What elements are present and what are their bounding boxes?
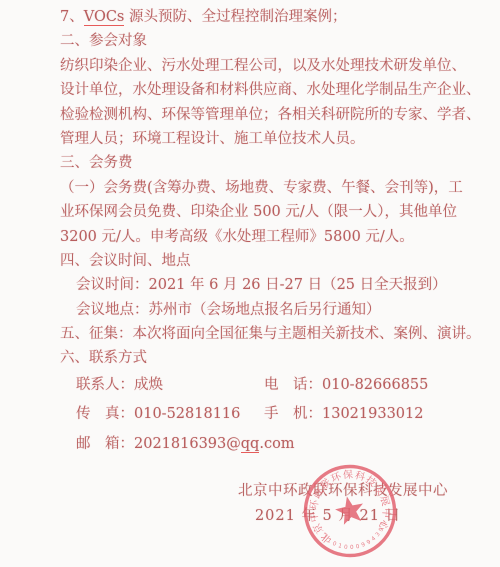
contact-row-1: 联系人：成焕 电 话：010-82666855 — [60, 371, 452, 401]
item7-text: 源头预防、全过程控制治理案例； — [124, 9, 346, 25]
section-heading-collect: 五、征集：本次将面向全国征集与主题相关新技术、案例、演讲。 — [60, 322, 452, 346]
contact-fax-number: 010-52818116 — [134, 406, 240, 422]
meeting-time-line: 会议时间：2021 年 6 月 26 日-27 日（25 日全天报到） — [60, 273, 452, 297]
contact-email-tld: .com — [259, 436, 294, 452]
contact-fax-label: 传 真： — [76, 406, 134, 422]
section-heading-fee: 三、会务费 — [60, 151, 452, 175]
attendees-line-3: 检验检测机构、环保等管理单位；各相关科研院所的专家、学者、 — [60, 103, 452, 127]
fee-line-1: （一）会务费(含筹办费、场地费、专家费、午餐、会刊等)，工 — [60, 176, 452, 200]
contact-mobile-number: 13021933012 — [322, 406, 423, 422]
contact-row-2: 传 真：010-52818116 手 机：13021933012 — [60, 400, 452, 430]
seal-star-icon — [333, 493, 367, 525]
contact-row-3: 邮 箱：2021816393@qq.com — [60, 430, 452, 460]
contact-email: 邮 箱：2021816393@qq.com — [76, 430, 295, 460]
section-heading-attendees: 二、参会对象 — [60, 29, 452, 53]
contact-email-label: 邮 箱： — [76, 436, 134, 452]
item7-term-vocs: VOCs — [84, 9, 125, 26]
section-heading-time-place: 四、会议时间、地点 — [60, 249, 452, 273]
attendees-line-4: 管理人员；环境工程设计、施工单位技术人员。 — [60, 127, 452, 151]
contact-tel-label: 电 话： — [264, 377, 322, 393]
contact-person: 联系人：成焕 — [76, 371, 264, 401]
contact-email-user: 2021816393@ — [134, 436, 241, 452]
section-heading-contact: 六、联系方式 — [60, 346, 452, 370]
attendees-line-1: 纺织印染企业、污水处理工程公司，以及水处理技术研发单位、 — [60, 54, 452, 78]
fee-line-2: 业环保网会员免费、印染企业 500 元/人（限一人），其他单位 — [60, 200, 452, 224]
document-body: 7、VOCs 源头预防、全过程控制治理案例； 二、参会对象 纺织印染企业、污水处… — [60, 5, 452, 459]
contact-person-name: 成焕 — [134, 377, 163, 393]
official-seal-stamp: 北京中环政联环保科技发展中心 1101000994390 — [299, 460, 401, 562]
document-page: 7、VOCs 源头预防、全过程控制治理案例； 二、参会对象 纺织印染企业、污水处… — [0, 0, 500, 567]
list-item-7: 7、VOCs 源头预防、全过程控制治理案例； — [60, 5, 452, 29]
contact-fax: 传 真：010-52818116 — [76, 400, 264, 430]
meeting-place-line: 会议地点：苏州市（会场地点报名后另行通知） — [60, 298, 452, 322]
fee-line-3: 3200 元/人。申考高级《水处理工程师》5800 元/人。 — [60, 225, 452, 249]
contact-email-domain: qq — [241, 436, 260, 453]
contact-person-label: 联系人： — [76, 377, 134, 393]
contact-tel: 电 话：010-82666855 — [264, 371, 428, 401]
item7-number: 7、 — [60, 9, 84, 25]
attendees-line-2: 设计单位，水处理设备和材料供应商、水处理化学制品生产企业、 — [60, 78, 452, 102]
contact-mobile: 手 机：13021933012 — [264, 400, 423, 430]
contact-tel-number: 010-82666855 — [322, 377, 428, 393]
contact-mobile-label: 手 机： — [264, 406, 322, 422]
